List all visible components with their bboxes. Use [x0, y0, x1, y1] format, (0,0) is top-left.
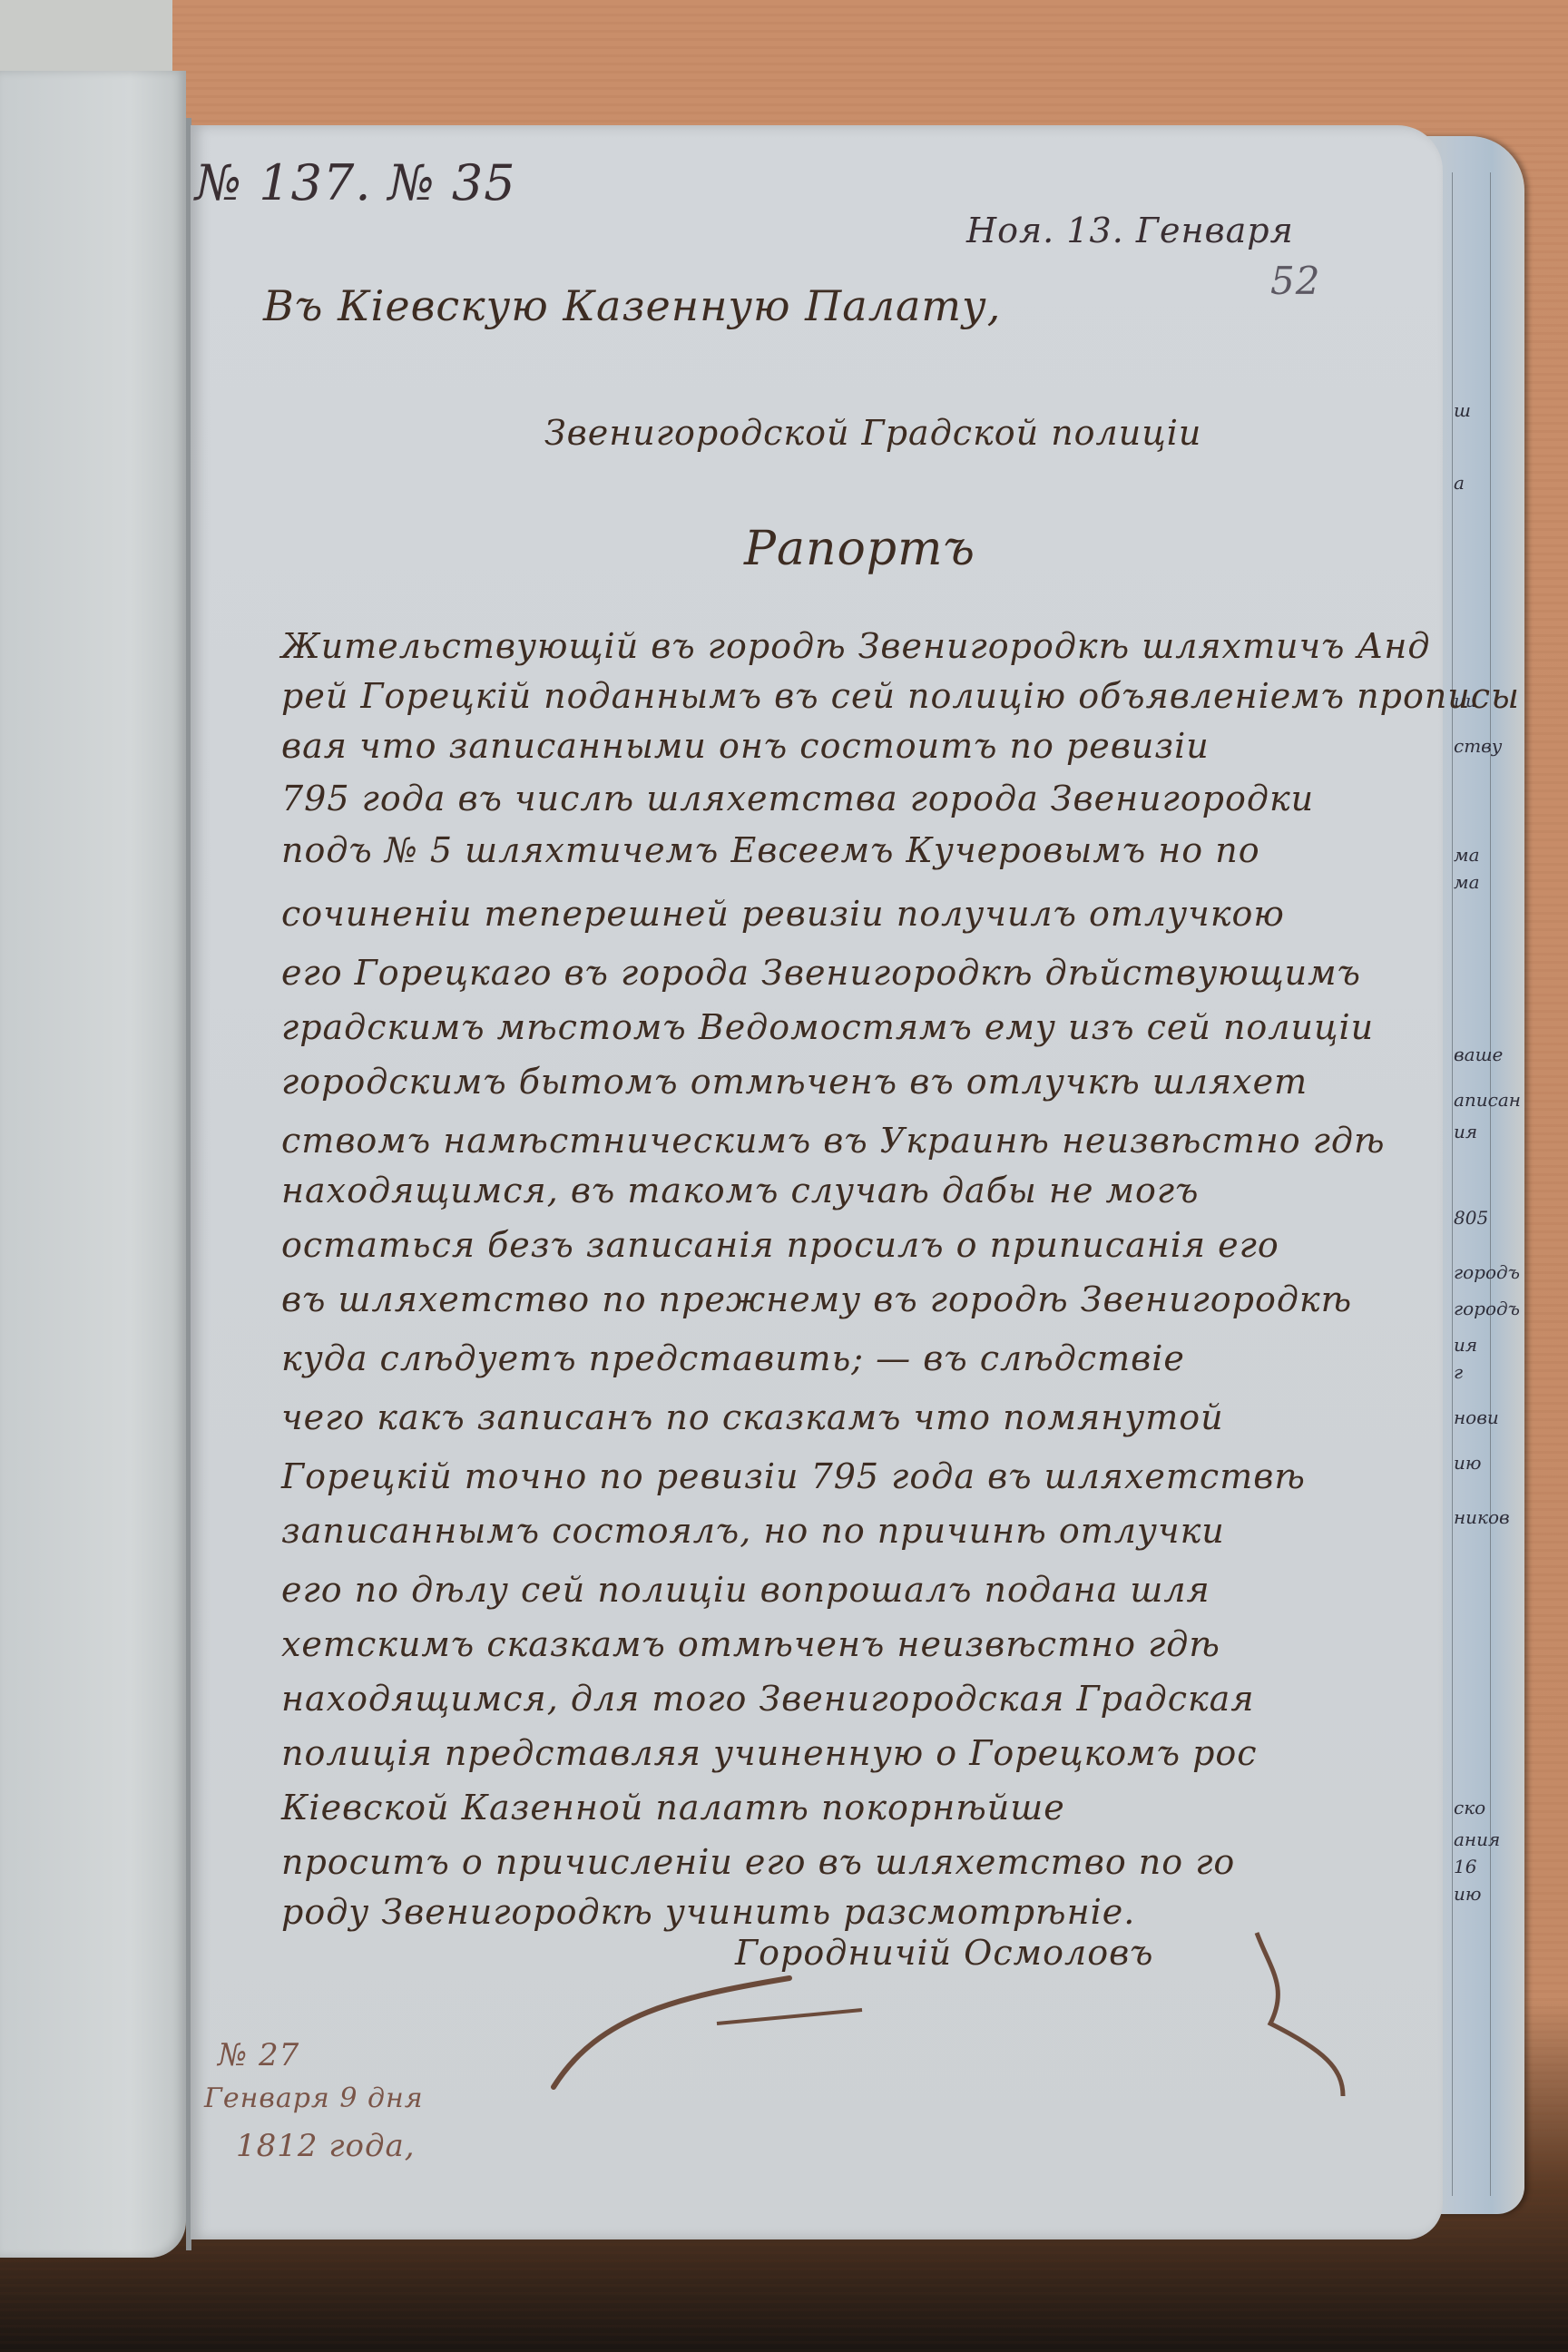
addressee: Въ Кіевскую Казенную Палату,	[263, 281, 1001, 330]
body-line: рей Горецкій поданнымъ въ сей полицію об…	[281, 676, 1520, 716]
fragment-text: городъ	[1454, 1261, 1520, 1283]
fragment-text: ия	[1454, 1334, 1477, 1356]
fragment-text: ма	[1454, 871, 1480, 893]
document-title: Рапортъ	[744, 522, 975, 576]
signature-flourish	[544, 1915, 1361, 2096]
body-line: находящимся, въ такомъ случаѣ дабы не мо…	[281, 1171, 1199, 1210]
body-line: куда слѣдуетъ представить; — въ слѣдстві…	[281, 1338, 1185, 1378]
body-line: ствомъ намѣстническимъ въ Украинѣ неизвѣ…	[281, 1121, 1386, 1161]
fragment-text: ию	[1454, 1452, 1482, 1474]
body-line: полиція представляя учиненную о Горецком…	[281, 1733, 1258, 1773]
body-line: находящимся, для того Звенигородская Гра…	[281, 1679, 1254, 1719]
body-line: его Горецкаго въ города Звенигородкѣ дѣй…	[281, 953, 1361, 993]
body-line: Жительствующій въ городѣ Звенигородкѣ шл…	[281, 626, 1430, 666]
sender: Звенигородской Градской полиціи	[544, 413, 1201, 453]
body-line: проситъ о причисленіи его въ шляхетство …	[281, 1842, 1235, 1882]
reference-number: № 137. № 35	[195, 154, 516, 211]
fragment-text: 16	[1454, 1856, 1476, 1877]
folio-number: 52	[1270, 259, 1320, 303]
fragment-text: ию	[1454, 1883, 1482, 1905]
body-line: городскимъ бытомъ отмѣченъ въ отлучкѣ шл…	[281, 1062, 1308, 1102]
date-note: Ноя. 13. Генваря	[966, 211, 1294, 250]
fragment-text: ма	[1454, 844, 1480, 866]
margin-note-line: Генваря 9 дня	[204, 2082, 424, 2114]
body-line: Горецкій точно по ревизіи 795 года въ шл…	[281, 1456, 1306, 1496]
ruled-line	[1452, 172, 1453, 2196]
body-line: вая что записанными онъ состоитъ по реви…	[281, 726, 1210, 766]
body-line: Кіевской Казенной палатѣ покорнѣйше	[281, 1788, 1065, 1828]
body-line: градскимъ мѣстомъ Ведомостямъ ему изъ се…	[281, 1007, 1374, 1047]
margin-note-line: 1812 года,	[236, 2128, 416, 2164]
body-line: чего какъ записанъ по сказкамъ что помян…	[281, 1397, 1224, 1437]
fragment-text: ания	[1454, 1828, 1500, 1850]
ruled-line	[1490, 172, 1491, 2196]
body-line: 795 года въ числѣ шляхетства города Звен…	[281, 779, 1314, 818]
body-line: записаннымъ состоялъ, но по причинѣ отлу…	[281, 1511, 1225, 1551]
fragment-text: ш	[1454, 399, 1471, 421]
margin-note-line: № 27	[218, 2037, 299, 2073]
body-line: сочиненіи теперешней ревизіи получилъ от…	[281, 894, 1285, 934]
body-line: хетскимъ сказкамъ отмѣченъ неизвѣстно гд…	[281, 1624, 1220, 1664]
fragment-text: г	[1454, 1361, 1463, 1383]
body-line: въ шляхетство по прежнему въ городѣ Звен…	[281, 1279, 1352, 1319]
fragment-text: ваше	[1454, 1044, 1503, 1065]
body-line: остаться безъ записанія просилъ о припис…	[281, 1225, 1279, 1265]
fragment-text: ников	[1454, 1506, 1510, 1528]
left-facing-page	[0, 71, 186, 2258]
fragment-text: 805	[1454, 1207, 1488, 1229]
fragment-text: ско	[1454, 1797, 1485, 1818]
fragment-text: ству	[1454, 735, 1502, 757]
fragment-text: нови	[1454, 1406, 1499, 1428]
fragment-text: аписан	[1454, 1089, 1521, 1111]
body-line: подъ № 5 шляхтичемъ Евсеемъ Кучеровымъ н…	[281, 830, 1260, 870]
fragment-text: а	[1454, 472, 1465, 494]
fragment-text: ия	[1454, 1121, 1477, 1142]
fragment-text: городъ	[1454, 1298, 1520, 1319]
body-line: его по дѣлу сей полиціи вопрошалъ подана…	[281, 1570, 1210, 1610]
